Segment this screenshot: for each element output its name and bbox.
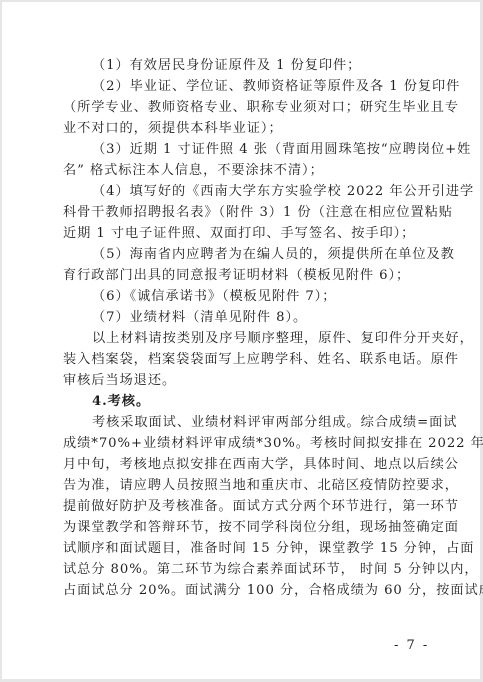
item-5-consent-line-1: （5）海南省内应聘者为在编人员的，须提供所在单位及教: [63, 244, 425, 265]
document-body: （1）有效居民身份证原件及 1 份复印件； （2）毕业证、学位证、教师资格证等原…: [63, 55, 425, 601]
assessment-paragraph-line-3: 月中旬，考核地点拟安排在西南大学，具体时间、地点以后续公: [63, 454, 425, 475]
item-3-photo-line-1: （3）近期 1 寸证件照 4 张（背面用圆珠笔按“应聘岗位+姓: [63, 139, 425, 160]
assessment-paragraph-line-1: 考核采取面试、业绩材料评审两部分组成。综合成绩=面试: [63, 412, 425, 433]
assessment-paragraph-line-4: 告为准，请应聘人员按照当地和重庆市、北碚区疫情防控要求，: [63, 475, 425, 496]
materials-note-line-2: 装入档案袋，档案袋袋面写上应聘学科、姓名、联系电话。原件: [63, 349, 425, 370]
item-3-photo-line-2: 名” 格式标注本人信息，不要涂抹不清）；: [63, 160, 425, 181]
section-heading-assessment: 4.考核。: [63, 391, 425, 412]
item-5-consent-line-2: 育行政部门出具的同意报考证明材料（模板见附件 6）；: [63, 265, 425, 286]
materials-note-line-3: 审核后当场退还。: [63, 370, 425, 391]
materials-note-line-1: 以上材料请按类别及序号顺序整理，原件、复印件分开夹好，: [63, 328, 425, 349]
assessment-paragraph-line-5: 提前做好防护及考核准备。面试方式分两个环节进行，第一环节: [63, 496, 425, 517]
item-6-integrity-pledge: （6）《诚信承诺书》（模板见附件 7）；: [63, 286, 425, 307]
assessment-paragraph-line-6: 为课堂教学和答辩环节，按不同学科岗位分组，现场抽签确定面: [63, 517, 425, 538]
item-2-diploma-line-1: （2）毕业证、学位证、教师资格证等原件及各 1 份复印件: [63, 76, 425, 97]
document-page: （1）有效居民身份证原件及 1 份复印件； （2）毕业证、学位证、教师资格证等原…: [2, 2, 480, 679]
item-4-form-line-3: 近期 1 寸电子证件照、双面打印、手写签名、按手印）；: [63, 223, 425, 244]
assessment-paragraph-line-8: 试总分 80%。第二环节为综合素养面试环节， 时间 5 分钟以内，: [63, 559, 425, 580]
item-1-id-card: （1）有效居民身份证原件及 1 份复印件；: [63, 55, 425, 76]
item-4-form-line-2: 科骨干教师招聘报名表》（附件 3）1 份（注意在相应位置粘贴: [63, 202, 425, 223]
item-7-performance-materials: （7）业绩材料（清单见附件 8）。: [63, 307, 425, 328]
item-2-diploma-line-2: （所学专业、教师资格专业、职称专业须对口；研究生毕业且专: [63, 97, 425, 118]
assessment-paragraph-line-7: 试顺序和面试题目，准备时间 15 分钟，课堂教学 15 分钟，占面: [63, 538, 425, 559]
assessment-paragraph-line-9: 占面试总分 20%。面试满分 100 分，合格成绩为 60 分，按面试成: [63, 580, 425, 601]
assessment-paragraph-line-2: 成绩*70%+业绩材料评审成绩*30%。考核时间拟安排在 2022 年 6: [63, 433, 425, 454]
item-4-form-line-1: （4）填写好的《西南大学东方实验学校 2022 年公开引进学: [63, 181, 425, 202]
page-number: - 7 -: [394, 638, 429, 653]
item-2-diploma-line-3: 业不对口的，须提供本科毕业证）；: [63, 118, 425, 139]
